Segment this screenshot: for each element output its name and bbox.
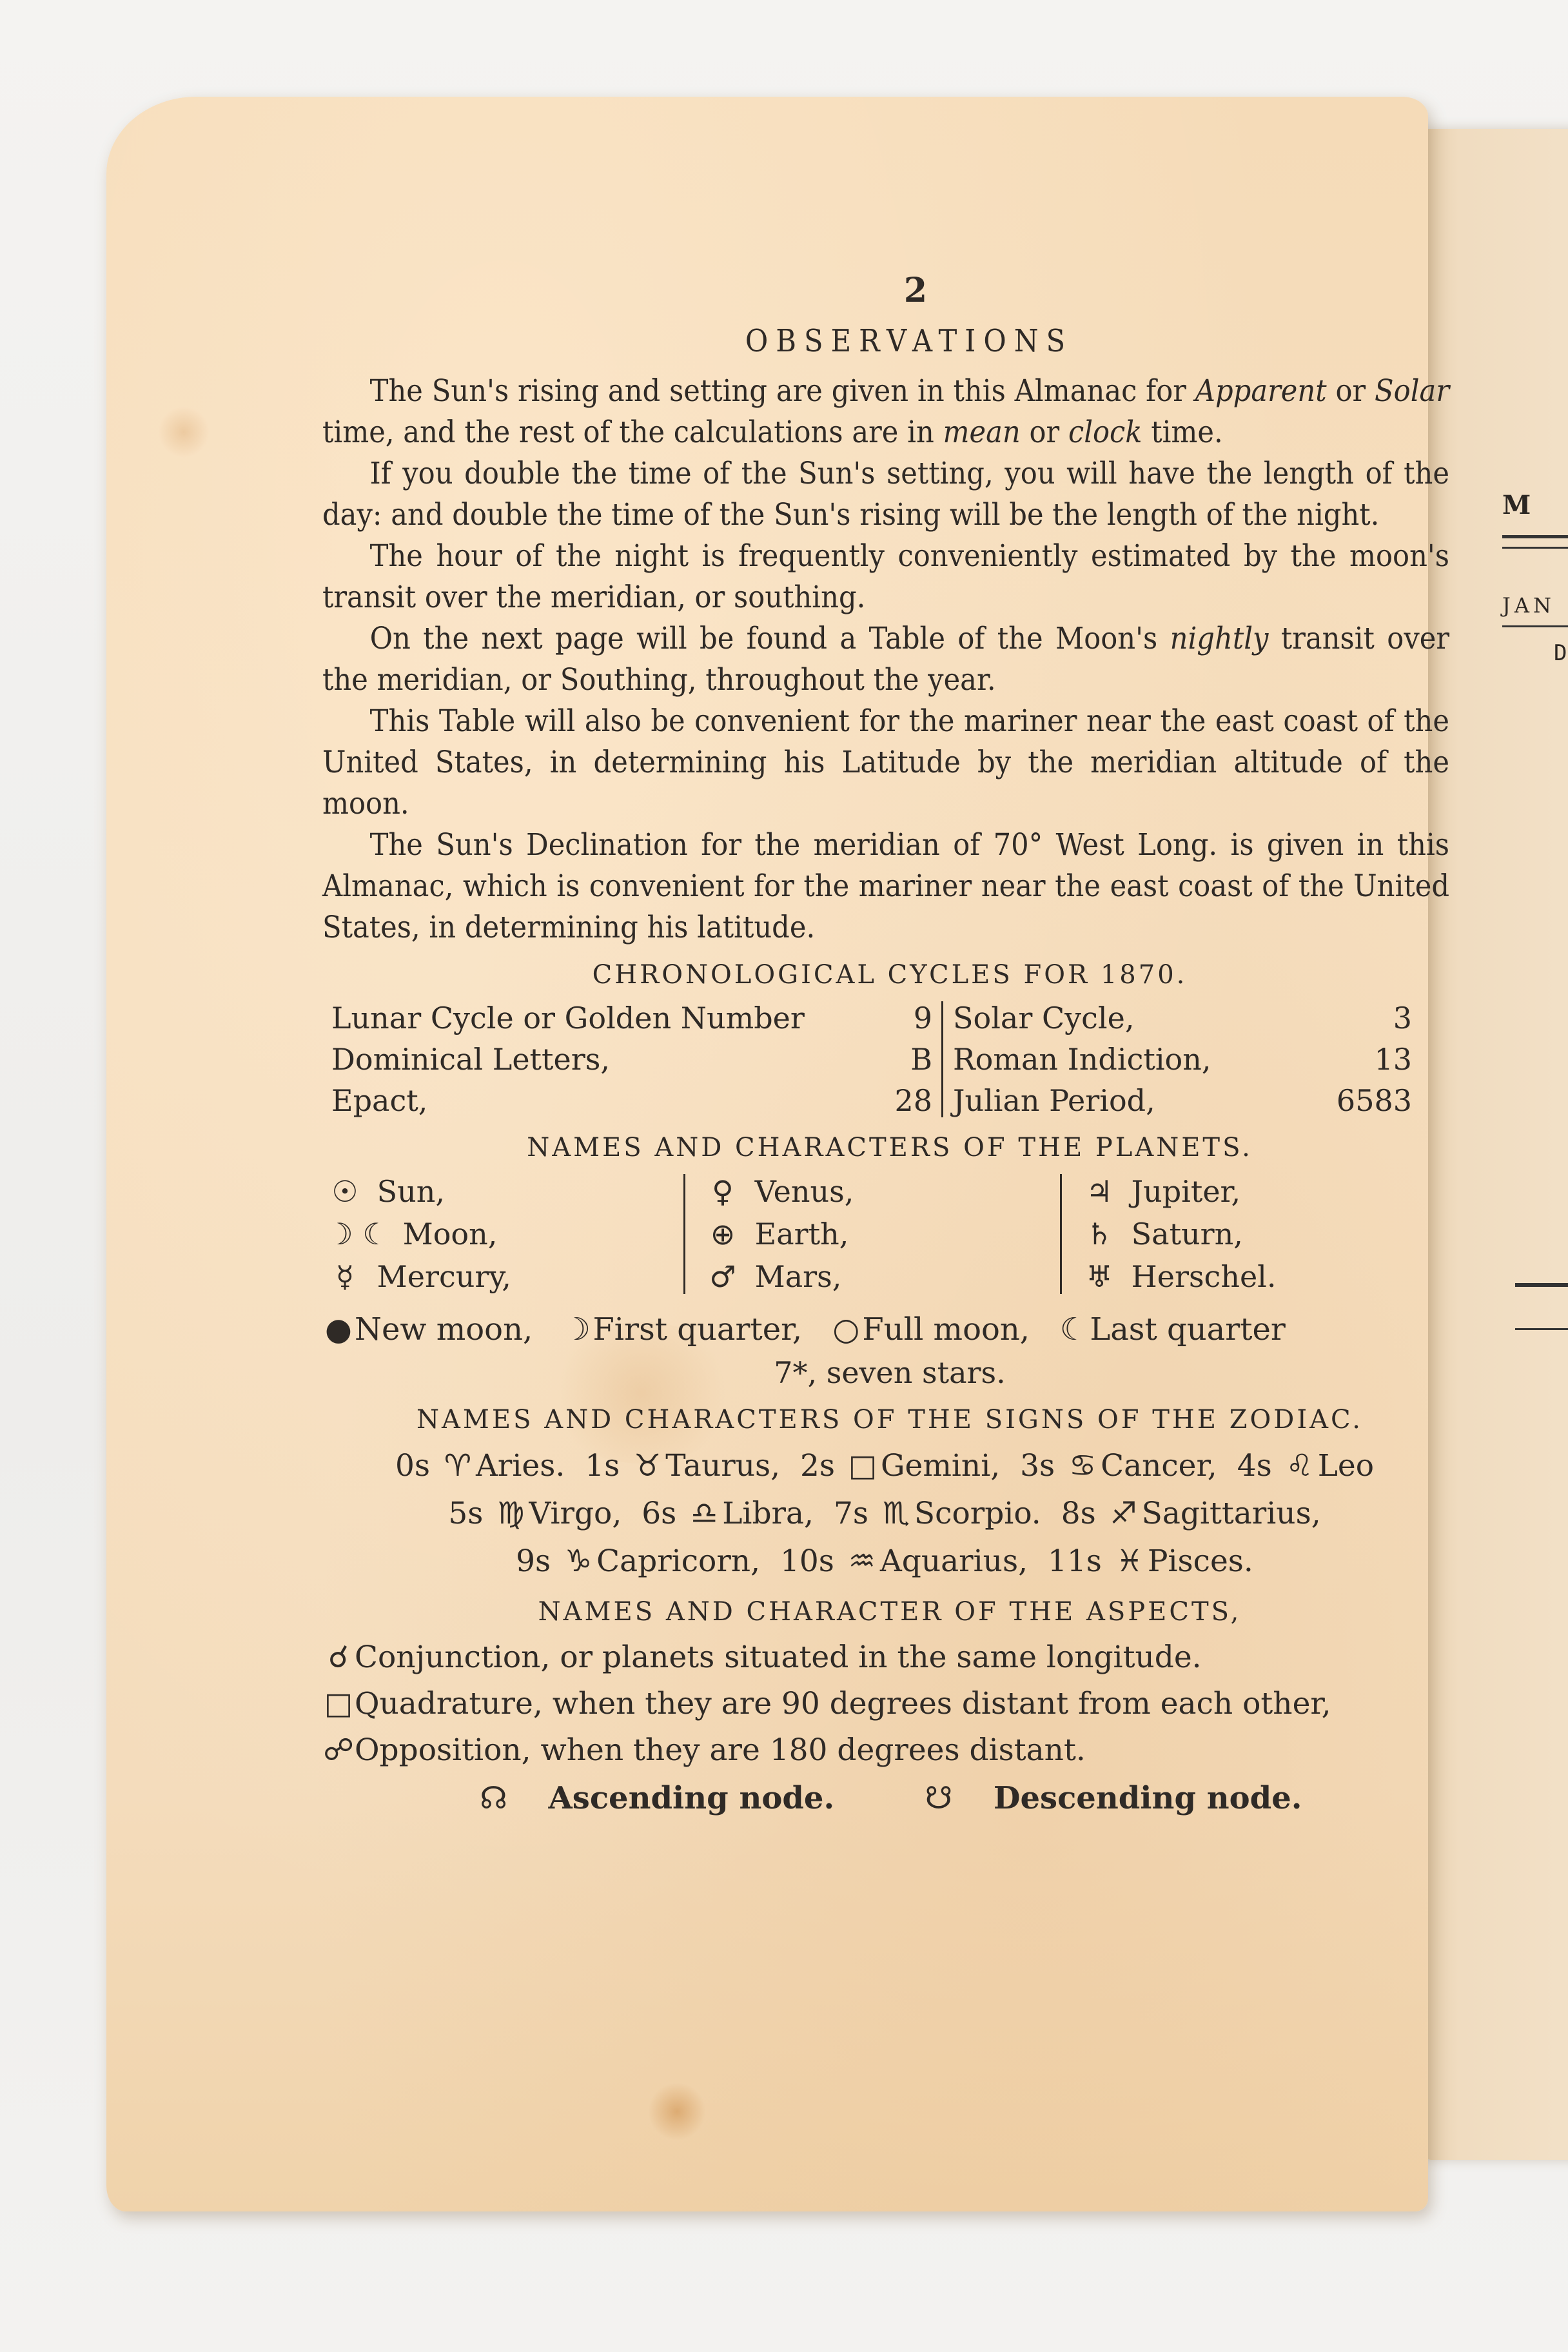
sun-symbol-icon: ☉: [322, 1170, 367, 1213]
paragraph-mariner-latitude: This Table will also be convenient for t…: [322, 701, 1449, 825]
jupiter-symbol-icon: ♃: [1077, 1170, 1122, 1213]
mercury-symbol-icon: ☿: [322, 1255, 367, 1298]
planet-entry: ⊕ Earth,: [700, 1213, 1060, 1255]
aspect-item: ☍Opposition, when they are 180 degrees d…: [322, 1727, 1457, 1774]
zodiac-line-1: 0s ♈Aries. 1s ♉Taurus, 2s □Gemini, 3s ♋C…: [322, 1442, 1457, 1490]
moon-phase: ●New moon,: [322, 1311, 533, 1347]
mars-symbol-icon: ♂: [700, 1255, 745, 1298]
moon-phase: ☾Last quarter: [1057, 1311, 1286, 1347]
moon-symbol-icon: ☽ ☾: [322, 1213, 393, 1255]
zodiac-sign: 5s ♍Virgo,: [448, 1496, 622, 1531]
planet-entry: ☉ Sun,: [322, 1170, 683, 1213]
column-divider: [1060, 1174, 1062, 1294]
chronological-cycles-title: CHRONOLOGICAL CYCLES FOR 1870.: [322, 960, 1457, 990]
cycle-row: Julian Period,6583: [944, 1080, 1421, 1121]
paragraph-night-hour: The hour of the night is frequently conv…: [322, 536, 1449, 618]
column-divider: [683, 1174, 685, 1294]
next-page-rule: [1502, 547, 1568, 549]
planets-table: ☉ Sun, ☽ ☾ Moon, ☿ Mercury, ♀ Venus, ⊕ E…: [322, 1170, 1457, 1298]
planet-entry: ☽ ☾ Moon,: [322, 1213, 683, 1255]
moon-phase: ○Full moon,: [830, 1311, 1030, 1347]
saturn-symbol-icon: ♄: [1077, 1213, 1122, 1255]
aquarius-icon: ♒: [844, 1538, 880, 1585]
quadrature-icon: □: [322, 1681, 355, 1727]
herschel-symbol-icon: ♅: [1077, 1255, 1122, 1298]
planets-column-3: ♃ Jupiter, ♄ Saturn, ♅ Herschel.: [1063, 1170, 1424, 1298]
paragraph-moon-table: On the next page will be found a Table o…: [322, 618, 1449, 701]
cycle-row: Solar Cycle,3: [944, 997, 1421, 1039]
pisces-icon: ♓: [1112, 1538, 1148, 1585]
last-quarter-icon: ☾: [1057, 1307, 1090, 1352]
planet-entry: ♅ Herschel.: [1077, 1255, 1424, 1298]
gemini-icon: □: [845, 1442, 881, 1490]
node-entry: ☋Descending node.: [903, 1780, 1322, 1816]
cycles-left-column: Lunar Cycle or Golden Number9 Dominical …: [322, 997, 941, 1121]
planets-column-1: ☉ Sun, ☽ ☾ Moon, ☿ Mercury,: [322, 1170, 683, 1298]
cycle-row: Dominical Letters,B: [322, 1039, 941, 1080]
new-moon-icon: ●: [322, 1307, 355, 1352]
column-divider: [941, 1001, 943, 1117]
page-content: 2 OBSERVATIONS The Sun's rising and sett…: [322, 271, 1457, 1823]
zodiac-sign: 8s ♐Sagittarius,: [1061, 1496, 1321, 1531]
zodiac-sign: 11s ♓Pisces.: [1048, 1543, 1253, 1579]
node-entry: ☊Ascending node.: [458, 1780, 854, 1816]
zodiac-sign: 4s ♌Leo: [1237, 1448, 1374, 1484]
earth-symbol-icon: ⊕: [700, 1213, 745, 1255]
opposition-icon: ☍: [322, 1727, 355, 1774]
next-page-rule: [1515, 1283, 1568, 1287]
zodiac-line-2: 5s ♍Virgo, 6s ♎Libra, 7s ♏Scorpio. 8s ♐S…: [322, 1490, 1457, 1538]
zodiac-title: NAMES AND CHARACTERS OF THE SIGNS OF THE…: [322, 1405, 1457, 1435]
aspect-item: □Quadrature, when they are 90 degrees di…: [322, 1681, 1457, 1727]
next-page-rule: [1502, 625, 1568, 627]
zodiac-line-3: 9s ♑Capricorn, 10s ♒Aquarius, 11s ♓Pisce…: [322, 1538, 1457, 1585]
capricorn-icon: ♑: [560, 1538, 596, 1585]
paragraph-day-length: If you double the time of the Sun's sett…: [322, 453, 1449, 536]
descending-node-icon: ☋: [923, 1774, 955, 1823]
zodiac-sign: 1s ♉Taurus,: [585, 1448, 780, 1484]
moon-phases-line: ●New moon, ☽First quarter, ○Full moon, ☾…: [322, 1307, 1457, 1352]
venus-symbol-icon: ♀: [700, 1170, 745, 1213]
planet-entry: ♂ Mars,: [700, 1255, 1060, 1298]
moon-phase: ☽First quarter,: [561, 1311, 803, 1347]
zodiac-sign: 10s ♒Aquarius,: [780, 1543, 1028, 1579]
planet-entry: ♄ Saturn,: [1077, 1213, 1424, 1255]
sagittarius-icon: ♐: [1106, 1490, 1142, 1538]
first-quarter-icon: ☽: [561, 1307, 593, 1352]
planet-entry: ♀ Venus,: [700, 1170, 1060, 1213]
aries-icon: ♈: [440, 1442, 476, 1490]
zodiac-sign: 2s □Gemini,: [800, 1448, 1000, 1484]
zodiac-sign: 9s ♑Capricorn,: [516, 1543, 760, 1579]
cycle-row: Lunar Cycle or Golden Number9: [322, 997, 941, 1039]
cycle-row: Epact,28: [322, 1080, 941, 1121]
next-page-rule: [1502, 535, 1568, 538]
next-page-month: JAN: [1502, 593, 1555, 618]
cycles-right-column: Solar Cycle,3 Roman Indiction,13 Julian …: [944, 997, 1421, 1121]
taurus-icon: ♉: [629, 1442, 665, 1490]
cancer-icon: ♋: [1064, 1442, 1101, 1490]
seven-stars-note: 7*, seven stars.: [322, 1352, 1457, 1393]
ascending-node-icon: ☊: [478, 1774, 510, 1823]
planet-entry: ♃ Jupiter,: [1077, 1170, 1424, 1213]
zodiac-sign: 0s ♈Aries.: [395, 1448, 565, 1484]
next-page-column-header: D: [1554, 638, 1567, 668]
libra-icon: ♎: [686, 1490, 722, 1538]
planets-title: NAMES AND CHARACTERS OF THE PLANETS.: [322, 1133, 1457, 1162]
planet-entry: ☿ Mercury,: [322, 1255, 683, 1298]
aspects-list: ☌Conjunction, or planets situated in the…: [322, 1634, 1457, 1774]
zodiac-sign: 3s ♋Cancer,: [1020, 1448, 1217, 1484]
leo-icon: ♌: [1282, 1442, 1318, 1490]
paper-stain: [648, 2082, 706, 2141]
chronological-cycles-table: Lunar Cycle or Golden Number9 Dominical …: [322, 997, 1457, 1121]
nodes-line: ☊Ascending node. ☋Descending node.: [322, 1774, 1457, 1823]
paragraph-solar-time: The Sun's rising and setting are given i…: [322, 371, 1449, 453]
next-page-rule: [1515, 1328, 1568, 1330]
aspect-item: ☌Conjunction, or planets situated in the…: [322, 1634, 1457, 1681]
scorpio-icon: ♏: [878, 1490, 914, 1538]
cycle-row: Roman Indiction,13: [944, 1039, 1421, 1080]
paper-stain: [158, 406, 210, 458]
paragraph-sun-declination: The Sun's Declination for the meridian o…: [322, 825, 1449, 948]
conjunction-icon: ☌: [322, 1634, 355, 1681]
virgo-icon: ♍: [493, 1490, 529, 1538]
aspects-title: NAMES AND CHARACTER OF THE ASPECTS,: [322, 1597, 1457, 1627]
next-page-title: M: [1502, 490, 1534, 520]
full-moon-icon: ○: [830, 1307, 862, 1352]
zodiac-sign: 6s ♎Libra,: [642, 1496, 814, 1531]
planets-column-2: ♀ Venus, ⊕ Earth, ♂ Mars,: [686, 1170, 1060, 1298]
page-number: 2: [374, 271, 1457, 310]
page-heading: OBSERVATIONS: [361, 323, 1457, 359]
zodiac-sign: 7s ♏Scorpio.: [834, 1496, 1041, 1531]
